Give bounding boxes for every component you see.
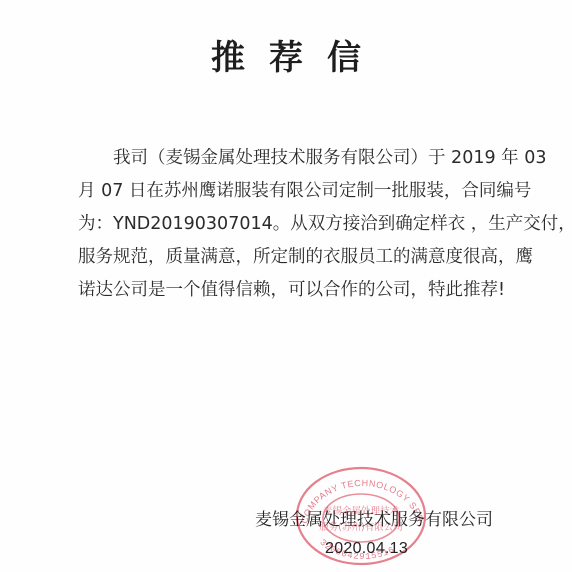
body-line-4: 服务规范，质量满意，所定制的衣服员工的满意度很高，鹰 (78, 241, 498, 274)
body-line-1: 我司（麦锡金属处理技术服务有限公司）于 2019 年 03 (78, 142, 498, 175)
body-line-3: 为：YND20190307014。从双方接洽到确定样衣 ，生产交付， (78, 208, 498, 241)
signature-date: 2020.04.13 (325, 540, 408, 558)
letter-body: 我司（麦锡金属处理技术服务有限公司）于 2019 年 03 月 07 日在苏州鹰… (78, 142, 498, 307)
body-line-2: 月 07 日在苏州鹰诺服装有限公司定制一批服装，合同编号 (78, 175, 498, 208)
body-line-5: 诺达公司是一个值得信赖，可以合作的公司，特此推荐! (78, 274, 498, 307)
recommendation-letter-page: 推荐信 我司（麦锡金属处理技术服务有限公司）于 2019 年 03 月 07 日… (0, 0, 572, 572)
signature-company: 麦锡金属处理技术服务有限公司 (255, 505, 493, 530)
letter-title: 推荐信 (0, 30, 572, 79)
